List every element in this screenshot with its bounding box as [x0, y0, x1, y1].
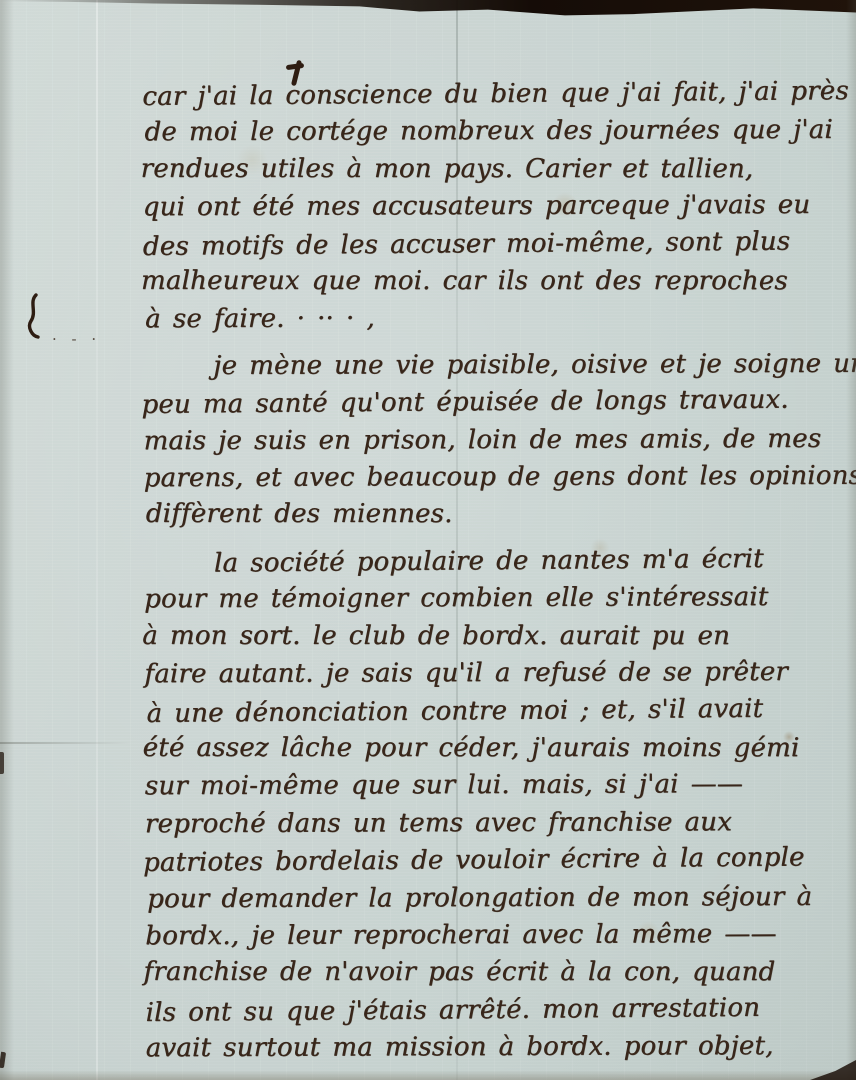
manuscript-text: car j'ai la conscience du bien que j'ai … — [142, 75, 849, 1068]
manuscript-line: de moi le cortége nombreux des journées … — [144, 112, 846, 152]
manuscript-line: parens, et avec beaucoup de gens dont le… — [144, 458, 848, 498]
manuscript-line: pour demander la prolongation de mon séj… — [147, 878, 849, 918]
margin-ink-dots: · ‐ · — [52, 330, 101, 348]
manuscript-line: à une dénonciation contre moi ; et, s'il… — [146, 690, 848, 733]
scan-edge-top — [0, 0, 856, 16]
manuscript-line: avait surtout ma mission à bordx. pour o… — [146, 1028, 850, 1068]
scan-edge-right — [846, 0, 856, 1080]
manuscript-line: sur moi-même que sur lui. mais, si j'ai … — [145, 766, 849, 806]
manuscript-line: bordx., je leur reprocherai avec la même… — [145, 916, 849, 956]
manuscript-line: des motifs de les accuser moi-même, sont… — [143, 223, 847, 266]
scan-edge-bottom — [0, 1070, 856, 1080]
manuscript-line: car j'ai la conscience du bien que j'ai … — [142, 73, 846, 116]
manuscript-line: peu ma santé qu'ont épuisée de longs tra… — [141, 381, 847, 424]
manuscript-line: diffèrent des miennes. — [146, 496, 848, 534]
manuscript-line: rendues utiles à mon pays. Carier et tal… — [141, 151, 847, 189]
manuscript-line: à se faire. · ·· · , — [145, 299, 847, 339]
paper-fold-seam-left — [96, 0, 98, 1080]
manuscript-line: qui ont été mes accusateurs parceque j'a… — [143, 187, 847, 227]
manuscript-line: franchise de n'avoir pas écrit à la con,… — [143, 954, 849, 992]
manuscript-line: mais je suis en prison, loin de mes amis… — [143, 420, 847, 460]
manuscript-line: faire autant. je sais qu'il a refusé de … — [144, 654, 848, 694]
manuscript-line: je mène une vie paisible, oisive et je s… — [213, 346, 847, 386]
manuscript-line: la société populaire de nantes m'a écrit — [214, 540, 848, 583]
scan-mark-left-mid — [0, 752, 4, 774]
manuscript-line: patriotes bordelais de vouloir écrire à … — [143, 839, 849, 882]
manuscript-line: été assez lâche pour céder, j'aurais moi… — [143, 730, 849, 768]
scan-edge-left — [0, 0, 14, 1080]
manuscript-line: à mon sort. le club de bordx. aurait pu … — [142, 618, 848, 656]
manuscript-line: reproché dans un tems avec franchise aux — [145, 803, 849, 843]
manuscript-line: ils ont su que j'étais arrêté. mon arres… — [145, 989, 849, 1032]
manuscript-page: · ‐ · car j'ai la conscience du bien que… — [0, 0, 856, 1080]
paper-crease-left — [0, 742, 130, 744]
margin-ink-mark — [24, 292, 44, 348]
manuscript-line: pour me témoigner combien elle s'intéres… — [144, 579, 848, 619]
manuscript-line: malheureux que moi. car ils ont des repr… — [141, 263, 847, 301]
